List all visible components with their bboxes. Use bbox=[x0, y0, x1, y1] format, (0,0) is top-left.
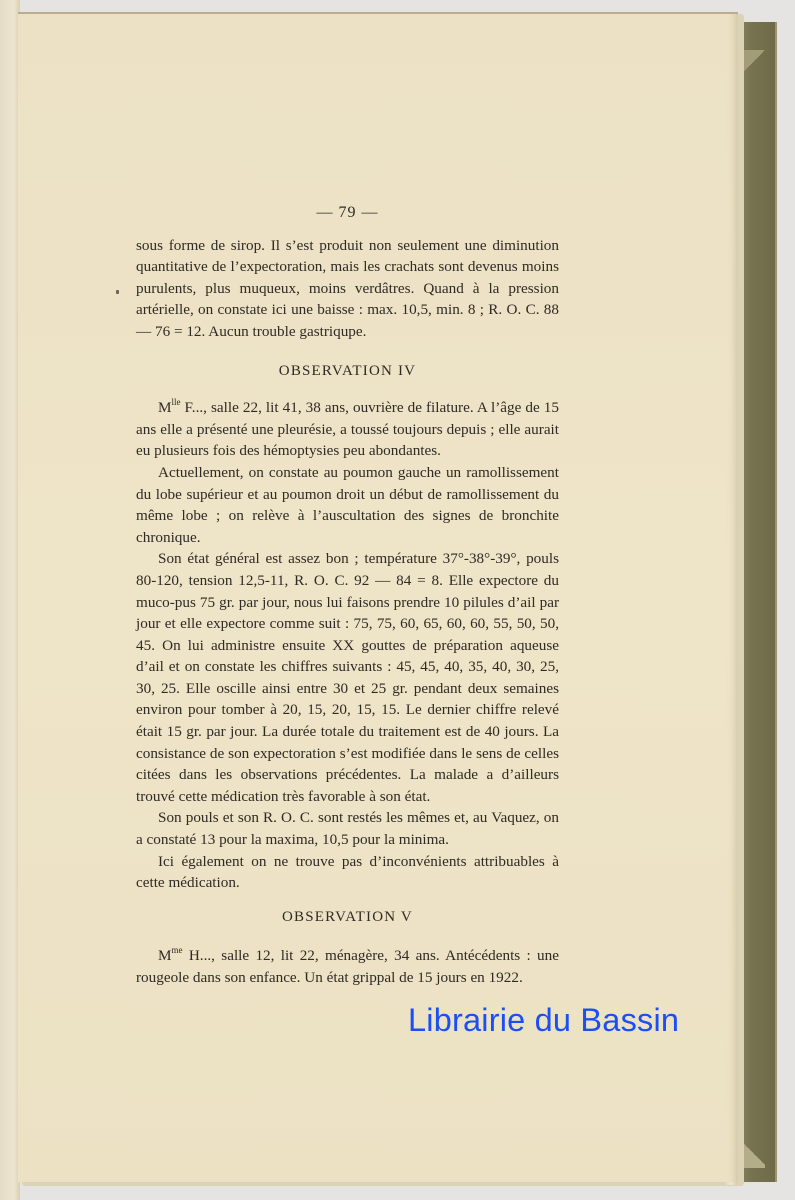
observation-4-paragraph: Son état général est assez bon ; tempéra… bbox=[136, 548, 559, 807]
observation-4-intro: Mlle F..., salle 22, lit 41, 38 ans, ouv… bbox=[136, 397, 559, 462]
observation-4-paragraph: Ici également on ne trouve pas d’inconvé… bbox=[136, 851, 559, 894]
patient-title-sup: lle bbox=[172, 397, 181, 407]
facing-page-edge bbox=[0, 0, 20, 1200]
patient-title: M bbox=[158, 947, 172, 964]
paper-speck bbox=[116, 290, 119, 294]
page-text: — 79 — sous forme de sirop. Il s’est pro… bbox=[136, 202, 559, 989]
continued-paragraph: sous forme de sirop. Il s’est produit no… bbox=[136, 235, 559, 343]
watermark: Librairie du Bassin bbox=[408, 1002, 679, 1039]
observation-5-heading: OBSERVATION V bbox=[136, 907, 559, 929]
observation-4-paragraph: Actuellement, on constate au poumon gauc… bbox=[136, 462, 559, 548]
patient-title: M bbox=[158, 399, 172, 416]
observation-4-intro-text: F..., salle 22, lit 41, 38 ans, ouvrière… bbox=[136, 399, 559, 459]
patient-title-sup: me bbox=[172, 945, 183, 955]
observation-4-heading: OBSERVATION IV bbox=[136, 361, 559, 383]
observation-4-paragraph: Son pouls et son R. O. C. sont restés le… bbox=[136, 807, 559, 850]
page-number: — 79 — bbox=[136, 202, 559, 224]
observation-5-intro-text: H..., salle 12, lit 22, ménagère, 34 ans… bbox=[136, 947, 559, 986]
observation-5-intro: Mme H..., salle 12, lit 22, ménagère, 34… bbox=[136, 945, 559, 988]
